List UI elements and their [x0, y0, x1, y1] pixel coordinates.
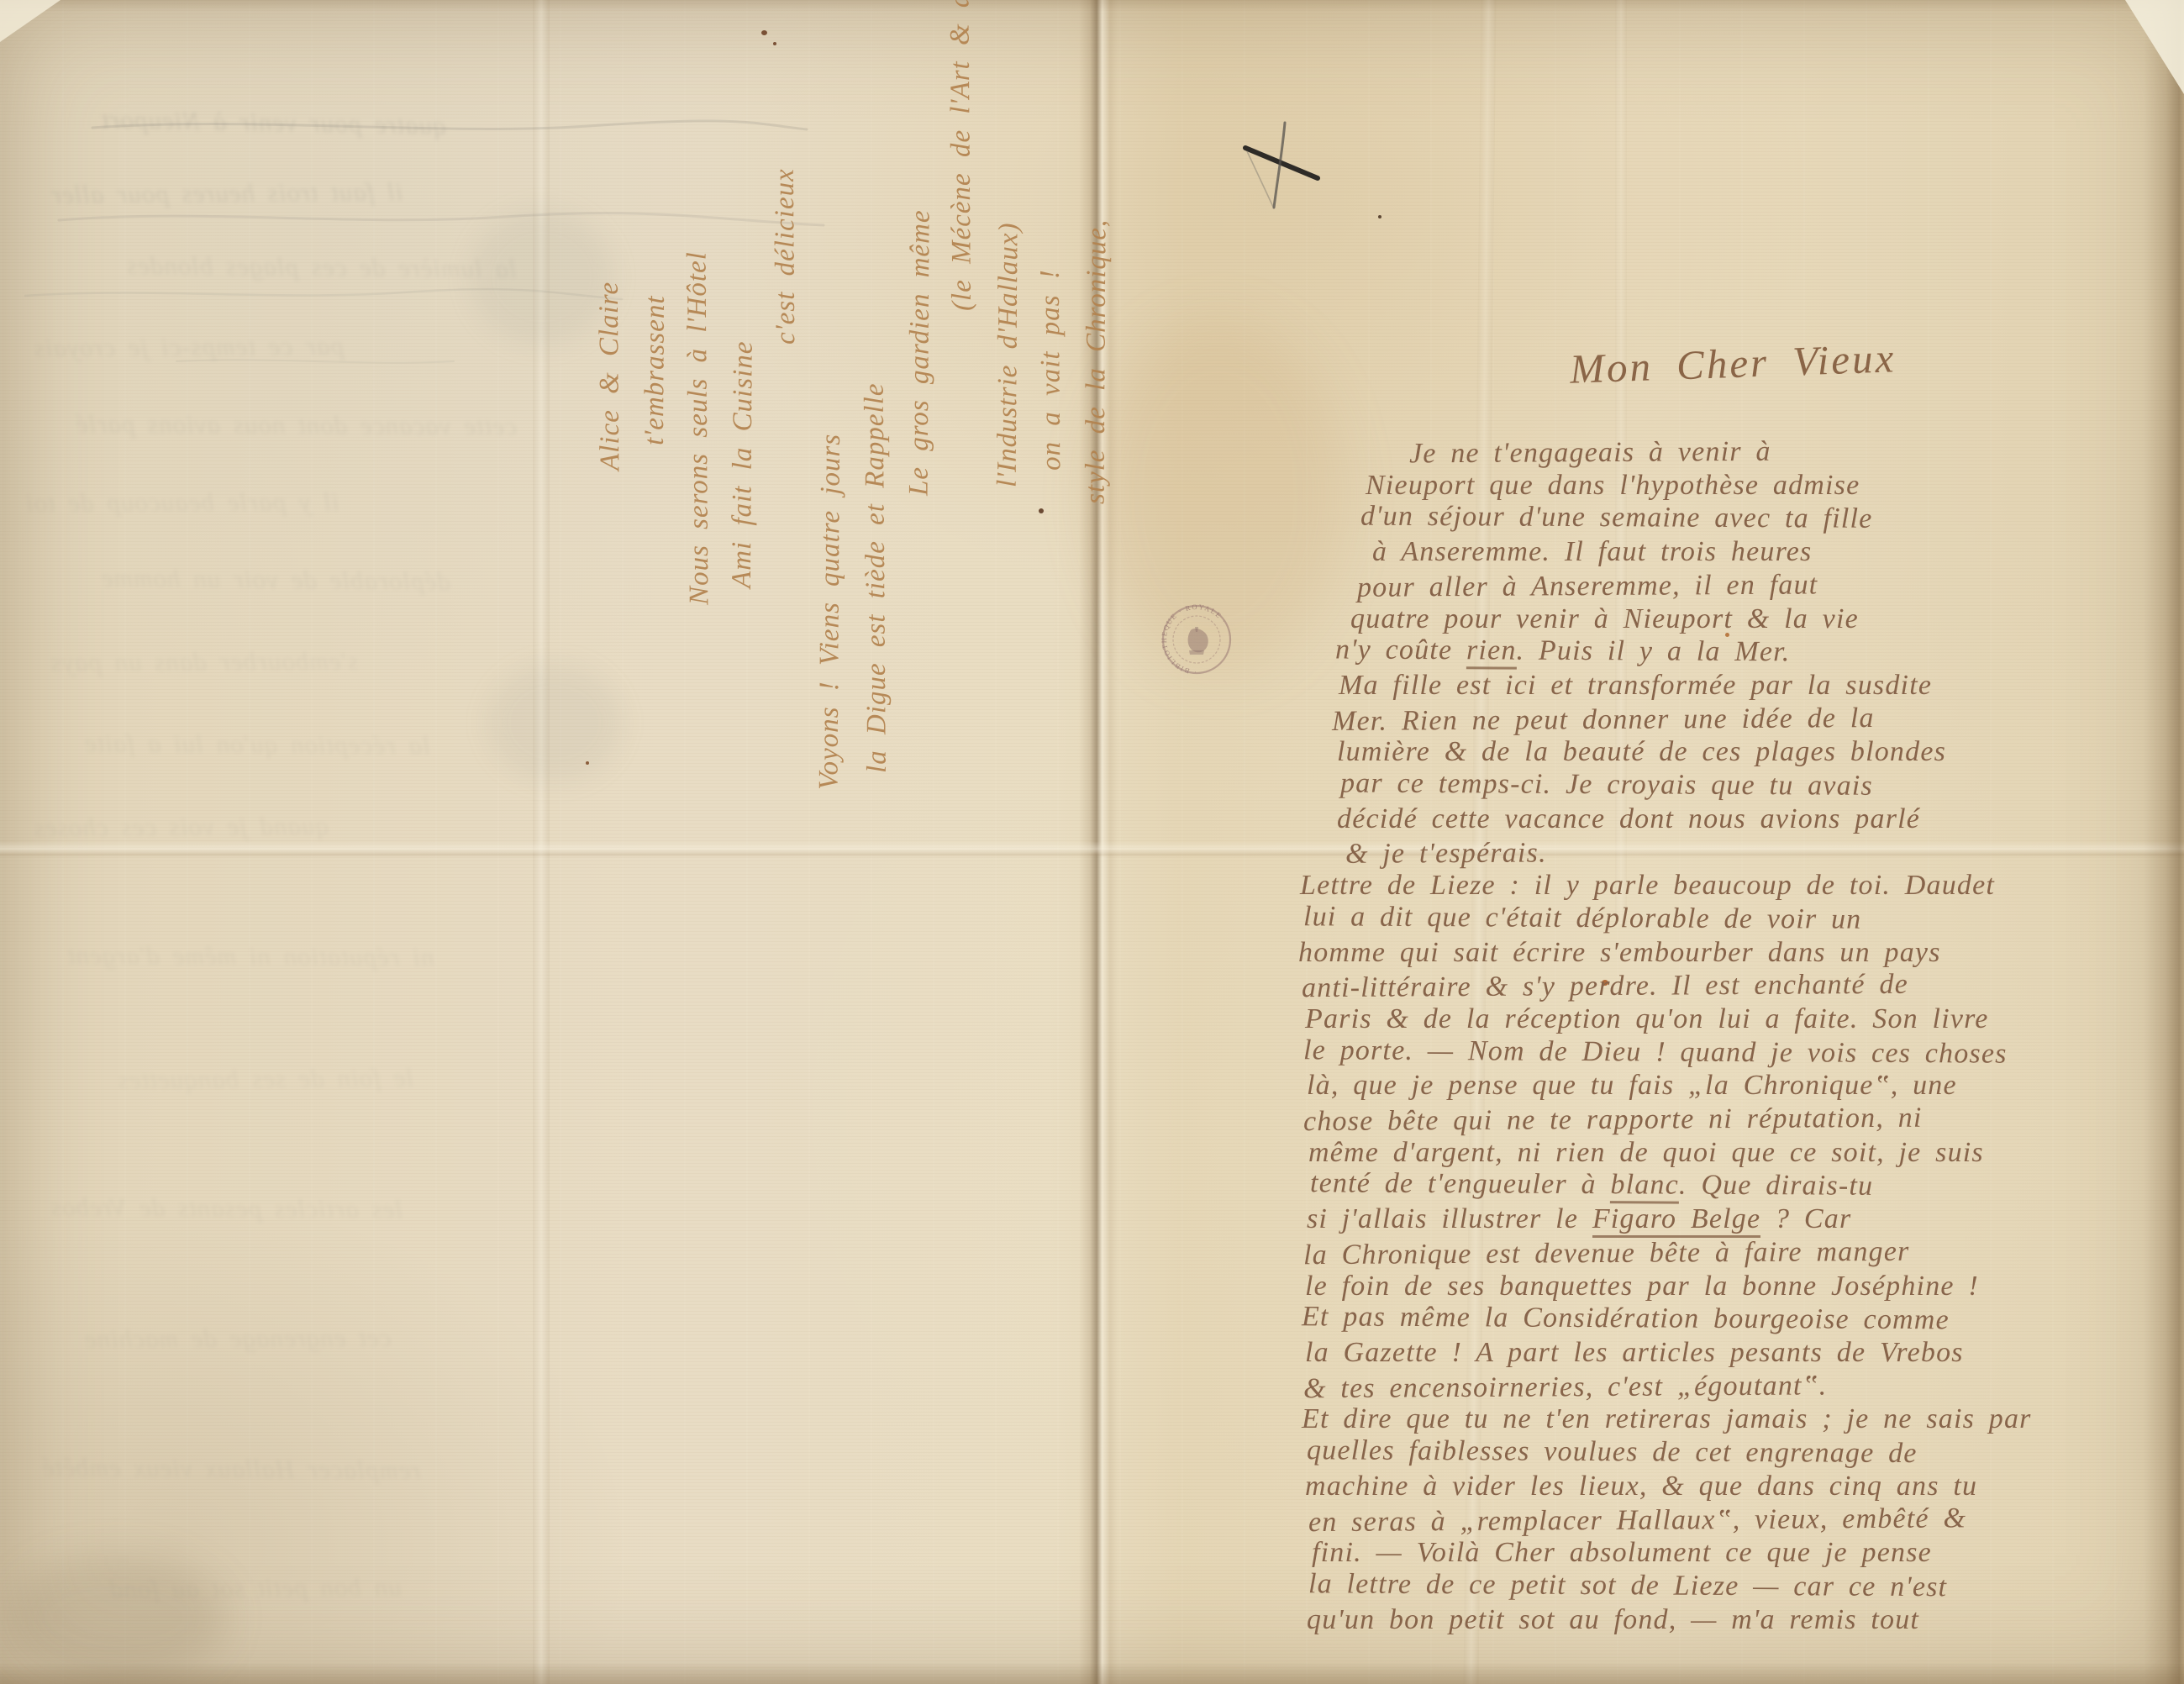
- letter-line: la Gazette ! A part les articles pesants…: [1298, 1336, 2184, 1370]
- letter-line: si j'allais illustrer le Figaro Belge ? …: [1298, 1202, 2184, 1236]
- letter-line: là, que je pense que tu fais „la Chroniq…: [1298, 1069, 2184, 1102]
- letter-scan: quatre pour venir à Nieuportil faut troi…: [0, 0, 2184, 1684]
- letter-line: la lettre de ce petit sot de Lieze — car…: [1298, 1567, 2184, 1605]
- letter-line: quelles faiblesses voulues de cet engren…: [1298, 1434, 2184, 1471]
- postscript-rotated-text: Alice & Clairet'embrassentNous serons se…: [588, 59, 1118, 807]
- bleedthrough-line: il y parle beaucoup de toi: [25, 487, 339, 518]
- postscript-line: Ami fait la Cuisine: [718, 59, 767, 807]
- postscript-line: Voyons ! Viens quatre jours: [807, 59, 855, 807]
- x-mark: [1227, 101, 1345, 235]
- letter-line: homme qui sait écrire s'embourber dans u…: [1298, 936, 2184, 970]
- letter-line: tenté de t'engueuler à blanc. Que dirais…: [1298, 1167, 2184, 1205]
- letter-line: Lettre de Lieze : il y parle beaucoup de…: [1298, 869, 2184, 903]
- bleedthrough-line: remplacer Hallaux vieux embêté: [42, 1452, 421, 1486]
- letter-line: le foin de ses banquettes par la bonne J…: [1298, 1270, 2184, 1303]
- letter-line: machine à vider les lieux, & que dans ci…: [1298, 1470, 2184, 1503]
- postscript-line: la Digue est tiède et Rappelle: [850, 59, 900, 807]
- postscript-line: t'embrassent: [630, 59, 679, 807]
- ink-speck: [1378, 215, 1381, 218]
- letter-line: Nieuport que dans l'hypothèse admise: [1298, 469, 2184, 503]
- letter-line: Et pas même la Considération bourgeoise …: [1298, 1301, 2184, 1339]
- letter-line: & je t'espérais.: [1298, 833, 2184, 871]
- letter-line: le porte. — Nom de Dieu ! quand je vois …: [1298, 1034, 2184, 1071]
- bleedthrough-line: cet engrenage de machine: [84, 1323, 392, 1355]
- letter-line: Ma fille est ici et transformée par la s…: [1298, 669, 2184, 703]
- bleedthrough-line: un bon petit sot au fond: [109, 1572, 402, 1604]
- letter-line: chose bête qui ne te rapporte ni réputat…: [1298, 1100, 2184, 1139]
- letter-line: d'un séjour d'une semaine avec ta fille: [1298, 500, 2184, 538]
- letter-line: n'y coûte rien. Puis il y a la Mer.: [1298, 633, 2184, 671]
- postscript-line: l'Industrie d'Hallaux): [983, 59, 1032, 807]
- library-stamp: · BIBLIOTHEQUE · ROYALE ·: [1159, 602, 1234, 677]
- letter-line: pour aller à Anseremme, il en faut: [1298, 566, 2184, 605]
- letter-line: Je ne t'engageais à venir à: [1298, 433, 2184, 471]
- letter-line: décidé cette vacance dont nous avions pa…: [1298, 803, 2184, 836]
- letter-line: Paris & de la réception qu'on lui a fait…: [1298, 1003, 2184, 1036]
- postscript-line: on a vait pas !: [1027, 59, 1076, 807]
- letter-line: à Anseremme. Il faut trois heures: [1298, 535, 2184, 569]
- salutation: Mon Cher Vieux: [1569, 334, 1897, 393]
- letter-line: Et dire que tu ne t'en retireras jamais …: [1298, 1402, 2184, 1436]
- postscript-line: (le Mécène de l'Art & de: [939, 59, 988, 807]
- bleedthrough-line: quand je vois ces choses: [34, 811, 329, 843]
- letter-line: même d'argent, ni rien de quoi que ce so…: [1298, 1136, 2184, 1170]
- letter-line: la Chronique est devenue bête à faire ma…: [1298, 1234, 2184, 1272]
- postscript-line: Nous serons seuls à l'Hôtel: [674, 59, 724, 807]
- bleedthrough-line: s'embourber dans un pays: [50, 646, 359, 678]
- letter-line: quatre pour venir à Nieuport & la vie: [1298, 603, 2184, 636]
- letter-line: lumière & de la beauté de ces plages blo…: [1298, 735, 2184, 769]
- bleedthrough-line: le foin de ses banquettes: [118, 1062, 413, 1095]
- postscript-line: Alice & Claire: [586, 59, 635, 807]
- letter-line: par ce temps-ci. Je croyais que tu avais: [1298, 766, 2184, 804]
- letter-line: qu'un bon petit sot au fond, — m'a remis…: [1298, 1603, 2184, 1637]
- letter-line: Mer. Rien ne peut donner une idée de la: [1298, 699, 2184, 738]
- postscript-line: c'est délicieux: [762, 59, 812, 807]
- letter-line: lui a dit que c'était déplorable de voir…: [1298, 900, 2184, 938]
- bleedthrough-line: les articles pesants de Vrebos: [50, 1192, 403, 1225]
- letter-line: & tes encensoirneries, c'est „égoutant‟.: [1298, 1366, 2184, 1405]
- letter-line: anti-littéraire & s'y perdre. Il est enc…: [1298, 966, 2184, 1005]
- postscript-line: style de la Chronique,: [1071, 59, 1120, 807]
- bleedthrough-line: la réception qu'on lui a faite: [84, 729, 430, 761]
- letter-line: en seras à „remplacer Hallaux‟, vieux, e…: [1298, 1500, 2184, 1539]
- bleedthrough-line: ni réputation ni même d'argent: [67, 940, 434, 972]
- bleedthrough-line: déplorable de voir un homme: [101, 563, 450, 597]
- letter-body: Je ne t'engageais à venir àNieuport que …: [1298, 435, 2184, 1636]
- postscript-line: Le gros gardien même: [895, 59, 944, 807]
- letter-line: fini. — Voilà Cher absolument ce que je …: [1298, 1536, 2184, 1570]
